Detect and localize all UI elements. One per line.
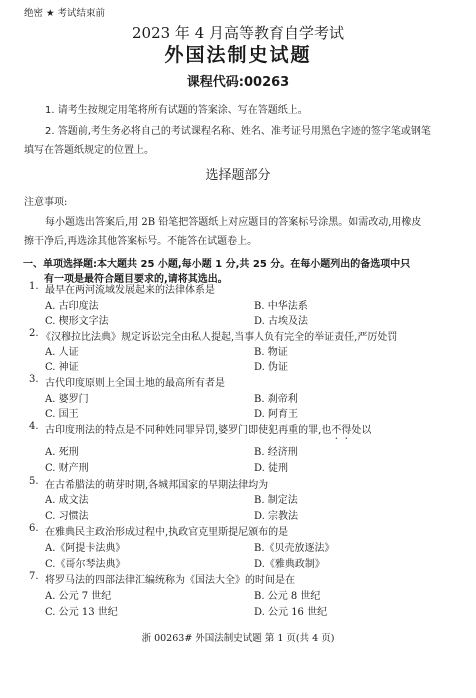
- option-d: D. 公元 16 世纪: [254, 603, 327, 618]
- notice-line-2: 擦干净后,再选涂其他答案标号。不能答在试题卷上。: [24, 232, 257, 247]
- question-number: 2.: [29, 328, 39, 339]
- question-text: 在雅典民主政治形成过程中,执政官克里斯提尼颁布的是: [45, 523, 288, 538]
- option-a: A. 古印度法: [45, 297, 99, 312]
- option-c: C.《哥尔琴法典》: [45, 555, 125, 570]
- option-a: A. 公元 7 世纪: [45, 587, 111, 602]
- option-c: C. 神证: [45, 358, 79, 373]
- course-code: 课程代码:00263: [0, 71, 476, 90]
- option-a: A. 婆罗门: [45, 390, 89, 405]
- question-text: 古印度刑法的特点是不同种姓同罪异罚,婆罗门即使犯再重的罪,也不得处以: [45, 421, 371, 442]
- option-b: B. 中华法系: [254, 297, 308, 312]
- question-number: 3.: [29, 374, 39, 385]
- question-text: 将罗马法的四部法律汇编统称为《国法大全》的时间是在: [45, 571, 295, 586]
- emphasized-text: 不得: [331, 425, 351, 436]
- question-text: 《汉穆拉比法典》规定诉讼完全由私人提起,当事人负有完全的举证责任,严厉处罚: [41, 328, 397, 343]
- instruction-1: 1. 请考生按规定用笔将所有试题的答案涂、写在答题纸上。: [45, 101, 308, 116]
- question-text: 古代印度原则上全国土地的最高所有者是: [45, 374, 225, 389]
- section-title: 选择题部分: [0, 164, 476, 183]
- question-number: 5.: [29, 476, 39, 487]
- question-number: 1.: [29, 281, 39, 292]
- option-b: B. 制定法: [254, 491, 298, 506]
- question-text-before: 古印度刑法的特点是不同种姓同罪异罚,婆罗门即使犯再重的罪,也: [45, 425, 331, 436]
- part-heading-line-1: 一、单项选择题:本大题共 25 小题,每小题 1 分,共 25 分。在每小题列出…: [23, 255, 410, 270]
- option-c: C. 国王: [45, 405, 79, 420]
- question-text: 在古希腊法的萌芽时期,各城邦国家的早期法律均为: [45, 476, 268, 491]
- option-c: C. 公元 13 世纪: [45, 603, 118, 618]
- subject-title: 外国法制史试题: [0, 40, 476, 67]
- option-c: C. 财产刑: [45, 459, 89, 474]
- option-d: D.《雅典政制》: [254, 555, 325, 570]
- option-a: A. 成文法: [45, 491, 89, 506]
- question-number: 7.: [29, 571, 39, 582]
- option-c: C. 楔形文字法: [45, 312, 109, 327]
- option-b: B. 物证: [254, 343, 288, 358]
- instruction-2-continued: 填写在答题纸规定的位置上。: [24, 141, 154, 156]
- option-b: B. 经济刑: [254, 443, 298, 458]
- option-b: B. 公元 8 世纪: [254, 587, 320, 602]
- question-text: 最早在两河流域发展起来的法律体系是: [45, 281, 215, 296]
- option-b: B. 刹帝利: [254, 390, 298, 405]
- confidential-label: 绝密 ★ 考试结束前: [24, 5, 105, 19]
- question-number: 6.: [29, 523, 39, 534]
- option-a: A. 人证: [45, 343, 79, 358]
- option-d: D. 伪证: [254, 358, 288, 373]
- notice-label: 注意事项:: [24, 193, 67, 208]
- question-number: 4.: [29, 421, 39, 432]
- option-d: D. 古埃及法: [254, 312, 308, 327]
- notice-line-1: 每小题选出答案后,用 2B 铅笔把答题纸上对应题目的答案标号涂黑。如需改动,用橡…: [45, 213, 421, 228]
- option-c: C. 习惯法: [45, 507, 89, 522]
- question-text-after: 处以: [351, 425, 371, 436]
- instruction-2: 2. 答题前,考生务必将自己的考试课程名称、姓名、准考证号用黑色字迹的签字笔或钢…: [45, 122, 431, 137]
- option-b: B.《贝壳放逐法》: [254, 539, 335, 554]
- option-d: D. 徒刑: [254, 459, 288, 474]
- option-a: A.《阿提卡法典》: [45, 539, 125, 554]
- option-d: D. 阿育王: [254, 405, 298, 420]
- option-a: A. 死刑: [45, 443, 79, 458]
- page-footer: 浙 00263# 外国法制史试题 第 1 页(共 4 页): [0, 630, 476, 644]
- option-d: D. 宗教法: [254, 507, 298, 522]
